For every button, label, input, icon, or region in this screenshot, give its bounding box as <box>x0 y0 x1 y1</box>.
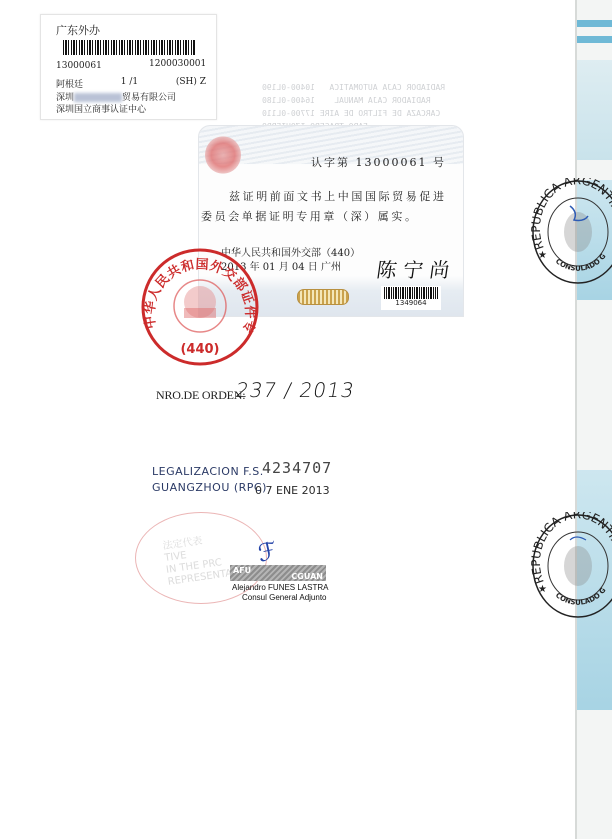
star-icon: ★ <box>538 250 547 261</box>
strip-band <box>577 20 612 27</box>
certificate-body-line1: 兹证明前面文书上中国国际贸易促进 <box>229 188 447 204</box>
consul-name: Alejandro FUNES LASTRA <box>232 583 328 592</box>
sticker-code: (SH) Z <box>176 77 206 90</box>
consul-title: Consul General Adjunto <box>242 593 327 602</box>
barcode-number: 1349064 <box>381 299 441 307</box>
order-number-handwritten: 237 / 2013 <box>234 378 357 402</box>
sticker-country: 阿根廷 <box>56 77 83 90</box>
star-icon: ★ <box>538 584 547 595</box>
argentina-consulate-seal: REPUBLICA ARGENTINA CONSULADO GENERAL GU… <box>530 178 612 286</box>
legalization-fs-number: 4234707 <box>262 459 332 477</box>
certificate-number: 认字第 13000061 号 <box>311 154 446 170</box>
national-emblem-icon <box>205 136 241 174</box>
argentina-consulate-seal: REPUBLICA ARGENTINA CONSULADO GENERAL GU… <box>530 512 612 620</box>
official-signature: 陈 宁 尚 <box>375 254 452 283</box>
stamp-code: (440) <box>180 342 219 357</box>
sticker-barcode <box>63 40 195 55</box>
bar-left-text: AFU <box>233 566 251 575</box>
bleed-through-line: RADIADOR CAJA MANUAL 16400-0L180 <box>262 96 431 105</box>
folded-page-edge <box>575 0 612 839</box>
bar-right-text: CGUAN <box>291 572 323 581</box>
strip-band <box>577 36 612 43</box>
strip-wash <box>577 60 612 160</box>
certificate-barcode: 1349064 <box>381 286 441 310</box>
legalization-date: 0 7 ENE 2013 <box>255 484 330 497</box>
sticker-pages: 1 /1 <box>121 77 138 90</box>
bleed-through-line: RADIADOR CAJA AUTOMATICA 10400-0L190 <box>262 83 445 92</box>
sticker-center: 深圳国立商事认证中心 <box>56 102 146 115</box>
sticker-number-left: 13000061 <box>56 61 102 71</box>
order-label: NRO.DE ORDEN: <box>156 388 245 403</box>
redacted-text <box>74 93 122 102</box>
sticker-number-right: 1200030001 <box>149 59 206 69</box>
legalization-label: LEGALIZACION F.S. <box>152 465 264 478</box>
mfa-red-stamp: 中华人民共和国外交部证件专用章 (440) <box>140 246 260 368</box>
barcode-bars <box>384 287 438 299</box>
certificate-body-line2: 委员会单据证明专用章（深）属实。 <box>201 208 419 224</box>
legalization-city: GUANGZHOU (RPC) <box>152 481 267 494</box>
consul-stamp-bar: AFU CGUAN <box>230 565 326 581</box>
hologram-seal-icon <box>297 289 349 305</box>
sticker-row: 阿根廷 1 /1 (SH) Z <box>56 77 206 90</box>
bleed-through-line: CARCAZA DE FILTRO DE AIRE 17700-0L110 <box>262 109 440 118</box>
sticker-office: 广东外办 <box>56 22 100 38</box>
legalization-sticker: 广东外办 13000061 1200030001 阿根廷 1 /1 (SH) Z… <box>40 14 217 120</box>
